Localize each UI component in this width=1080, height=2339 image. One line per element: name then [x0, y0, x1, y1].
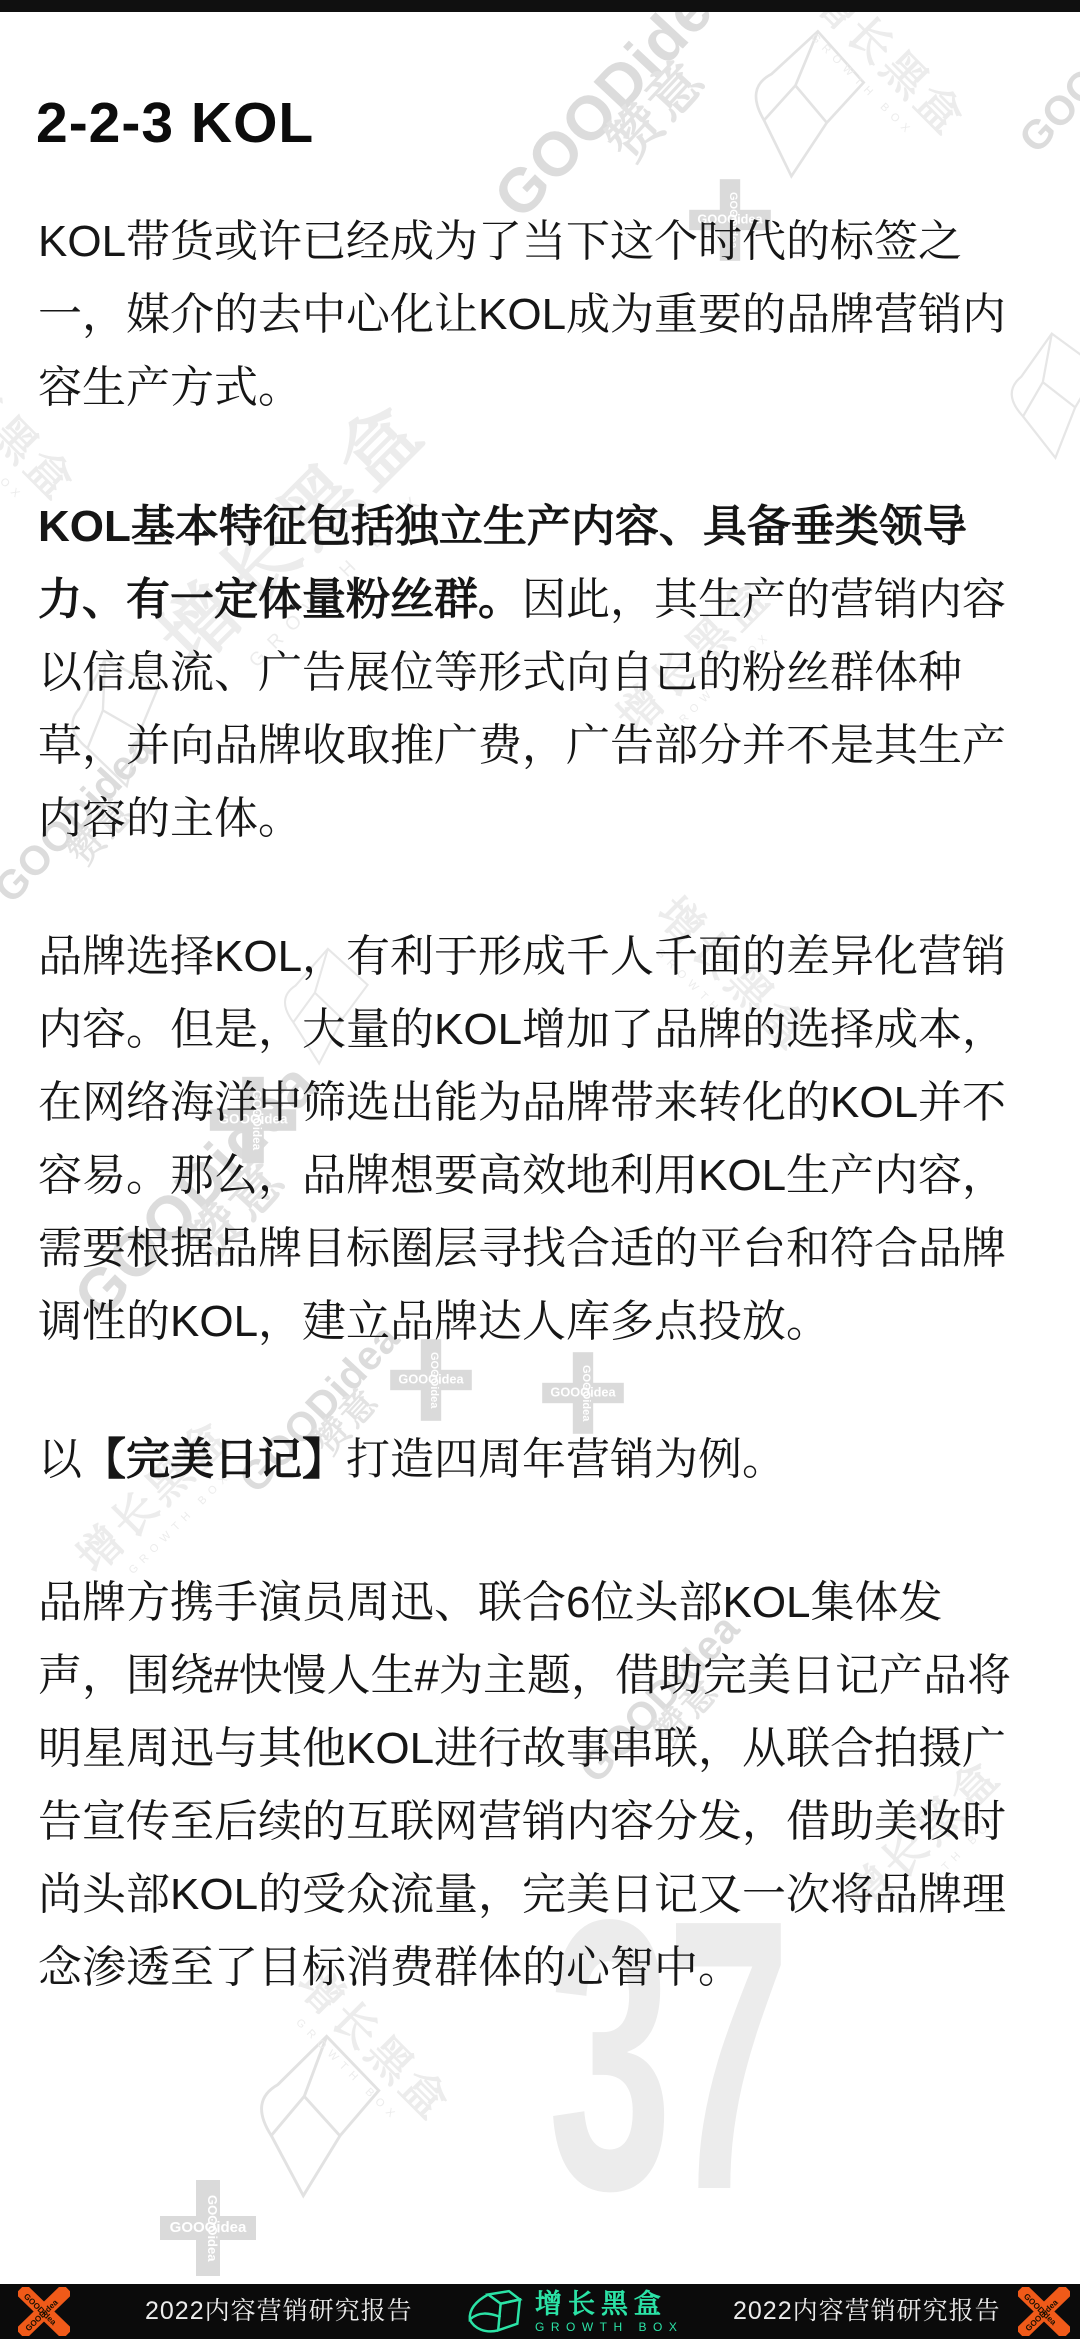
plus-bar — [390, 1370, 472, 1390]
goodidea-watermark: GOODidea 赞意 — [480, 0, 751, 232]
growthbox-watermark-cn: 增长黑盒 — [800, 0, 983, 148]
growthbox-watermark: 增长黑盒 GROWTH BOX — [789, 0, 983, 159]
goodidea-x-logo: GOODidea GOODidea — [1018, 2287, 1070, 2336]
footer-bar: GOODidea GOODidea 2022内容营销研究报告 增长黑盒 GROW… — [0, 2284, 1080, 2339]
footer-report-title-left: 2022内容营销研究报告 — [145, 2284, 413, 2339]
goodidea-watermark-text: GOODidea — [1010, 0, 1080, 162]
goodidea-plus-label: GOOÖidea — [542, 1383, 624, 1403]
growth-box-logo: 增长黑盒 GROWTH BOX — [463, 2287, 683, 2336]
plus-bar — [196, 2180, 220, 2276]
goodidea-plus-label: GOOÖidea — [160, 2216, 256, 2240]
goodidea-watermark-cn: 赞意 — [586, 39, 721, 176]
origami-watermark-icon — [221, 2018, 399, 2216]
growth-box-name-en: GROWTH BOX — [535, 2320, 683, 2334]
report-page: { "page": { "title": "2-2-3 KOL", "page_… — [0, 0, 1080, 2339]
paragraph-case-lead: 以【完美日记】打造四周年营销为例。 — [38, 1423, 1030, 1496]
origami-watermark-icon — [720, 13, 880, 197]
paragraph-intro: KOL带货或许已经成为了当下这个时代的标签之一，媒介的去中心化让KOL成为重要的… — [38, 205, 1030, 424]
growth-box-cube-icon — [463, 2287, 525, 2337]
goodidea-watermark: GOODidea 赞意 — [1010, 0, 1080, 162]
plus-bar — [160, 2216, 256, 2240]
growthbox-watermark-en: GROWTH BOX — [293, 2016, 401, 2124]
goodidea-plus-label-vertical: GOOÖidea — [196, 2180, 220, 2276]
goodidea-plus-label-vertical: GOOÖidea — [573, 1352, 593, 1434]
goodidea-plus-watermark: GOOÖidea GOOÖidea — [542, 1352, 624, 1434]
growth-box-name-cn: 增长黑盒 — [535, 2289, 683, 2319]
growthbox-watermark-en: GROWTH BOX — [808, 31, 916, 139]
paragraph-case-detail: 品牌方携手演员周迅、联合6位头部KOL集体发声，围绕#快慢人生#为主题，借助完美… — [38, 1566, 1030, 2004]
plus-bar — [542, 1383, 624, 1403]
goodidea-plus-watermark: GOOÖidea GOOÖidea — [160, 2180, 256, 2276]
paragraph-kol-features: KOL基本特征包括独立生产内容、具备垂类领导力、有一定体量粉丝群。因此，其生产的… — [38, 490, 1030, 855]
goodidea-watermark-text: GOODidea — [481, 0, 751, 232]
paragraph-brand-selection: 品牌选择KOL，有利于形成千人千面的差异化营销内容。但是，大量的KOL增加了品牌… — [38, 920, 1030, 1358]
goodidea-plus-label: GOOÖidea — [390, 1370, 472, 1390]
growthbox-watermark-en: GROWTH BOX — [0, 396, 26, 504]
footer-report-title-right: 2022内容营销研究报告 — [733, 2284, 1001, 2339]
plus-bar — [573, 1352, 593, 1434]
growth-box-wordmark: 增长黑盒 GROWTH BOX — [535, 2289, 683, 2334]
top-accent-bar — [0, 0, 1080, 12]
page-title: 2-2-3 KOL — [36, 90, 314, 156]
goodidea-x-logo: GOODidea GOODidea — [18, 2287, 70, 2336]
